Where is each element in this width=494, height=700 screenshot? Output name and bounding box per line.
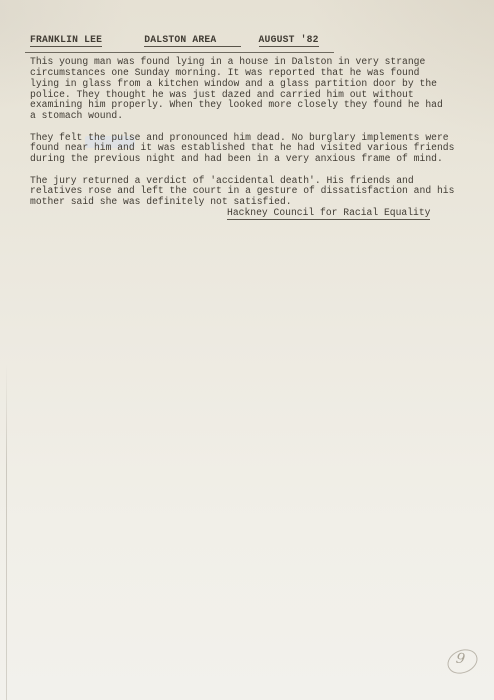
document-header: FRANKLIN LEE DALSTON AREA AUGUST '82 xyxy=(30,35,476,46)
header-gap xyxy=(241,34,259,45)
paragraph-3: The jury returned a verdict of 'accident… xyxy=(30,176,476,208)
paper-edge-line xyxy=(6,364,7,700)
header-area: DALSTON AREA xyxy=(144,34,240,47)
header-name: FRANKLIN LEE xyxy=(30,34,102,47)
attribution-line: Hackney Council for Racial Equality xyxy=(227,208,476,219)
header-date: AUGUST '82 xyxy=(259,34,319,47)
scanned-paper-page: FRANKLIN LEE DALSTON AREA AUGUST '82 Thi… xyxy=(0,0,494,700)
paragraph-1: This young man was found lying in a hous… xyxy=(30,57,476,122)
header-gap xyxy=(102,34,144,45)
pencil-page-annotation: 9 xyxy=(446,646,480,676)
paragraph-2: They felt the pulse and pronounced him d… xyxy=(30,133,476,165)
attribution-text: Hackney Council for Racial Equality xyxy=(227,207,430,220)
document-body: FRANKLIN LEE DALSTON AREA AUGUST '82 Thi… xyxy=(30,35,476,219)
